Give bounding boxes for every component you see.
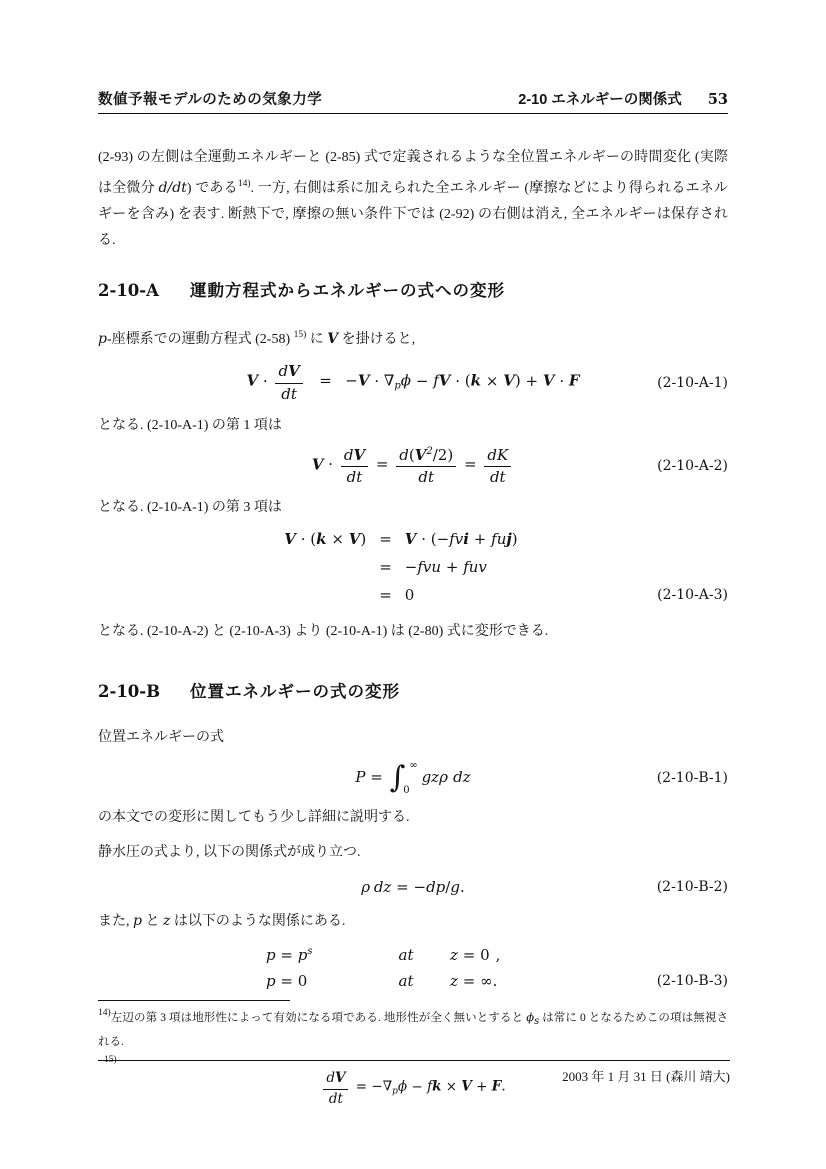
- equation-2-10-b-1: P=∫∞0gzρdz (2-10-B-1): [98, 753, 728, 803]
- footnote-ref-15: 15): [294, 330, 307, 340]
- equation-tag-a1: (2-10-A-1): [657, 375, 728, 391]
- equation-body: V·dVdt=d(V2/2)dt=dKdt: [312, 445, 514, 488]
- equation-tag-b3: (2-10-B-3): [657, 973, 728, 989]
- equation-tag-b2: (2-10-B-2): [657, 879, 728, 895]
- eq-a3-rhs-2: −fvu+fuv: [405, 558, 635, 576]
- after-a3-text: となる. (2-10-A-2) と (2-10-A-3) より (2-10-A-…: [98, 619, 728, 645]
- header-book-title: 数値予報モデルのための気象力学: [98, 88, 322, 109]
- eq-b3-p-surface: p=ps: [266, 946, 362, 964]
- boundary-row-2: p=0 at z=∞. (2-10-B-3): [98, 968, 728, 994]
- lead-vec-v: V: [327, 331, 338, 347]
- header-section-title: 2-10 エネルギーの関係式: [518, 92, 682, 108]
- boundary-row-1: p=ps at z=0,: [98, 942, 728, 968]
- section-b-title: 位置エネルギーの式の変形: [190, 678, 400, 702]
- eq-a3-equals-1: =: [379, 530, 392, 548]
- section-b-number: 2-10-B: [98, 682, 190, 701]
- eq-a3-rhs-1: V·(−fvi+fuj): [405, 530, 635, 548]
- footnote-ref-14: 14): [238, 179, 251, 189]
- eq-b3-z-infinity: z=∞.: [450, 972, 560, 990]
- equation-2-10-b-3: p=ps at z=0, p=0 at z=∞. (2-10-B-3): [98, 942, 728, 994]
- section-b-lead: 位置エネルギーの式: [98, 725, 728, 751]
- eq-a3-lhs: V·(k×V): [191, 530, 366, 548]
- after-b1-text: の本文での変形に関してもう少し詳細に説明する.: [98, 805, 728, 831]
- equation-body: V·dVdt=−V·∇pϕ−fV·(k×V)+V·F: [246, 362, 579, 404]
- also-text-1: また,: [98, 914, 133, 929]
- eq-a3-equals-3: =: [379, 586, 392, 604]
- intro-text-2: ) である: [187, 181, 238, 196]
- lead-text-3: を掛けると,: [338, 332, 415, 347]
- equation-tag-a3: (2-10-A-3): [657, 587, 728, 603]
- equation-body: P=∫∞0gzρdz: [355, 760, 470, 796]
- eq-b3-at-1: at: [362, 946, 450, 964]
- also-text-2: と: [142, 914, 163, 929]
- equation-body: ρdz=−dp/g.: [361, 878, 465, 896]
- eqnarray-row-1: V·(k×V) = V·(−fvi+fuj): [98, 525, 728, 553]
- eqnarray-row-3: = 0 (2-10-A-3): [98, 581, 728, 609]
- eq-a3-rhs-3: 0: [405, 586, 635, 604]
- document-page: 数値予報モデルのための気象力学 2-10 エネルギーの関係式53 (2-93) …: [0, 0, 826, 1169]
- header-rule: [98, 113, 728, 114]
- section-a-heading: 2-10-A 運動方程式からエネルギーの式への変形: [98, 277, 728, 301]
- also-text-3: は以下のような関係にある.: [170, 914, 345, 929]
- inline-math-ddt: d/dt: [159, 180, 187, 196]
- after-a1-text: となる. (2-10-A-1) の第 1 項は: [98, 413, 728, 439]
- footnote-14-marker: 14): [98, 1008, 111, 1018]
- eqnarray-row-2: = −fvu+fuv: [98, 553, 728, 581]
- equation-2-10-b-2: ρdz=−dp/g. (2-10-B-2): [98, 873, 728, 901]
- equation-2-10-a-1: V·dVdt=−V·∇pϕ−fV·(k×V)+V·F (2-10-A-1): [98, 359, 728, 407]
- eq-b3-at-2: at: [362, 972, 450, 990]
- footnote-14-phi: ϕ: [526, 1010, 534, 1024]
- header-right-group: 2-10 エネルギーの関係式53: [518, 88, 728, 109]
- footnote-14: 14)左辺の第 3 項は地形性によって有効になる項である. 地形性が全く無いとす…: [98, 1003, 728, 1053]
- after-a2-text: となる. (2-10-A-1) の第 3 項は: [98, 495, 728, 521]
- also-var-p: p: [133, 913, 142, 929]
- also-text: また, p と z は以下のような関係にある.: [98, 908, 728, 935]
- equation-2-10-a-2: V·dVdt=d(V2/2)dt=dKdt (2-10-A-2): [98, 441, 728, 491]
- page-header: 数値予報モデルのための気象力学 2-10 エネルギーの関係式53: [98, 88, 728, 109]
- lead-text-1: -座標系での運動方程式 (2-58): [107, 332, 294, 347]
- footer-date-author: 2003 年 1 月 31 日 (森川 靖大): [98, 1066, 730, 1085]
- lead-text-2: に: [306, 332, 327, 347]
- footnote-14-text-1: 左辺の第 3 項は地形性によって有効になる項である. 地形性が全く無いとすると: [111, 1012, 527, 1024]
- page-footer: 2003 年 1 月 31 日 (森川 靖大): [98, 1060, 730, 1085]
- lead-var-p: p: [98, 331, 107, 347]
- eq-b3-z-zero: z=0,: [450, 946, 560, 964]
- section-a-title: 運動方程式からエネルギーの式への変形: [190, 277, 505, 301]
- equation-2-10-a-3: V·(k×V) = V·(−fvi+fuj) = −fvu+fuv = 0 (2…: [98, 525, 728, 609]
- eq-a3-equals-2: =: [379, 558, 392, 576]
- section-a-lead: p-座標系での運動方程式 (2-58) 15) に V を掛けると,: [98, 322, 728, 353]
- intro-paragraph: (2-93) の左側は全運動エネルギーと (2-85) 式で定義されるような全位…: [98, 145, 728, 254]
- footnote-separator-rule: [98, 1000, 290, 1001]
- header-page-number: 53: [708, 91, 728, 108]
- page-content: 数値予報モデルのための気象力学 2-10 エネルギーの関係式53 (2-93) …: [98, 88, 728, 1111]
- section-b-heading: 2-10-B 位置エネルギーの式の変形: [98, 678, 728, 702]
- hydrostatic-text: 静水圧の式より, 以下の関係式が成り立つ.: [98, 840, 728, 866]
- footer-rule: [98, 1060, 730, 1061]
- eq-b3-p-zero: p=0: [266, 972, 362, 990]
- equation-tag-a2: (2-10-A-2): [657, 458, 728, 474]
- equation-tag-b1: (2-10-B-1): [657, 770, 728, 786]
- section-a-number: 2-10-A: [98, 281, 190, 300]
